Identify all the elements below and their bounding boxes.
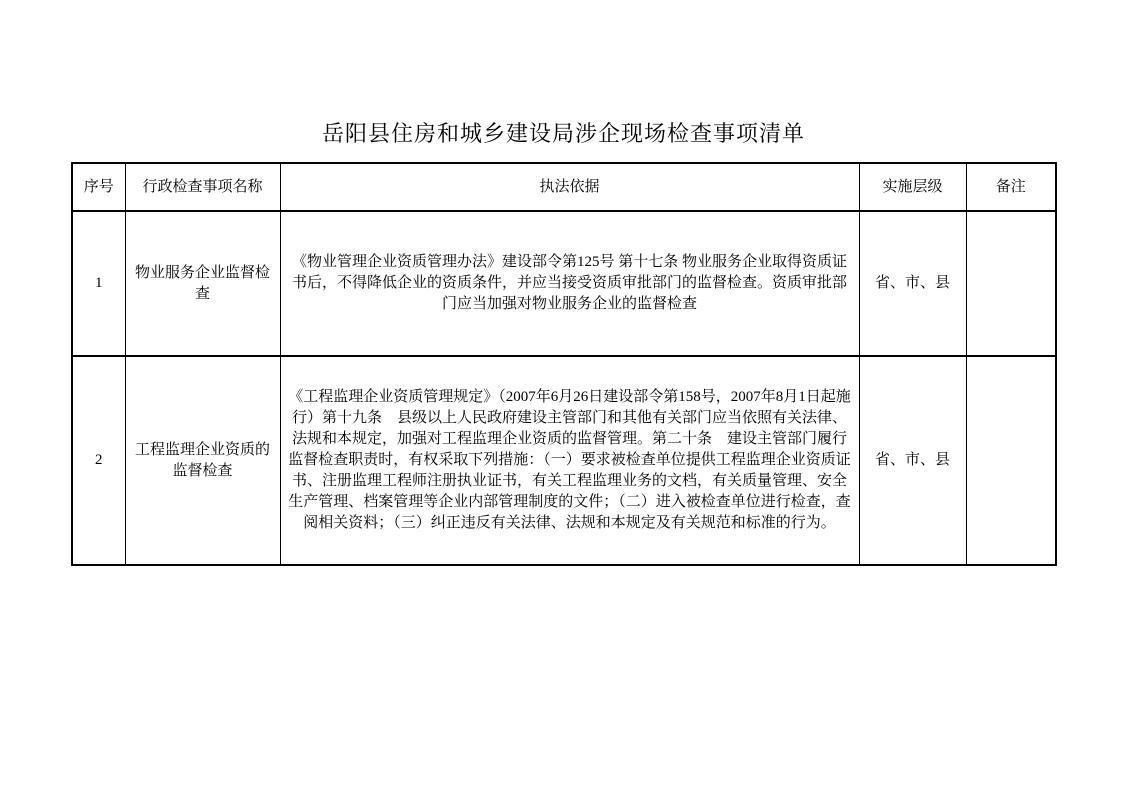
table-row: 2 工程监理企业资质的监督检查 《工程监理企业资质管理规定》（2007年6月26… <box>72 356 1056 565</box>
cell-serial-number: 1 <box>72 211 125 356</box>
table-header-row: 序号 行政检查事项名称 执法依据 实施层级 备注 <box>72 163 1056 211</box>
cell-remarks <box>966 356 1056 565</box>
document-page: 岳阳县住房和城乡建设局涉企现场检查事项清单 序号 行政检查事项名称 执法依据 实… <box>0 0 1122 793</box>
cell-implementation-level: 省、市、县 <box>859 211 966 356</box>
column-header-implementation-level: 实施层级 <box>859 163 966 211</box>
cell-inspection-item-name: 物业服务企业监督检查 <box>125 211 280 356</box>
column-header-legal-basis: 执法依据 <box>280 163 859 211</box>
cell-remarks <box>966 211 1056 356</box>
inspection-items-table: 序号 行政检查事项名称 执法依据 实施层级 备注 1 物业服务企业监督检查 《物… <box>71 162 1057 566</box>
cell-implementation-level: 省、市、县 <box>859 356 966 565</box>
column-header-remarks: 备注 <box>966 163 1056 211</box>
cell-serial-number: 2 <box>72 356 125 565</box>
column-header-serial-number: 序号 <box>72 163 125 211</box>
cell-legal-basis: 《工程监理企业资质管理规定》（2007年6月26日建设部令第158号，2007年… <box>280 356 859 565</box>
column-header-inspection-item-name: 行政检查事项名称 <box>125 163 280 211</box>
cell-inspection-item-name: 工程监理企业资质的监督检查 <box>125 356 280 565</box>
cell-legal-basis: 《物业管理企业资质管理办法》建设部令第125号 第十七条 物业服务企业取得资质证… <box>280 211 859 356</box>
table-row: 1 物业服务企业监督检查 《物业管理企业资质管理办法》建设部令第125号 第十七… <box>72 211 1056 356</box>
page-title: 岳阳县住房和城乡建设局涉企现场检查事项清单 <box>72 117 1055 148</box>
